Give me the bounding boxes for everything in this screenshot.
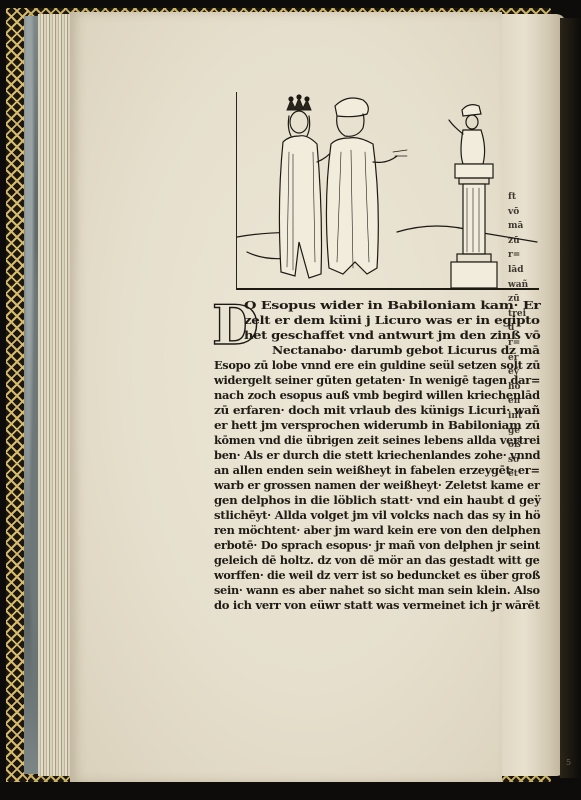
text-line: geleich dē holtz. dz von dē mör an das g… — [214, 553, 540, 567]
text-line: sein· wann es aber nahet so sicht man se… — [214, 583, 540, 597]
text-line: zelt er dem küni j Licuro was er in egip… — [244, 313, 540, 327]
text-line: ren möchtent· aber jm ward kein ere von … — [214, 523, 540, 537]
text-line: do ich verr von eüwr statt was vermeinet… — [214, 598, 540, 612]
text-line: Nectanabo· darumb gebot Licurus dz mā — [272, 343, 540, 357]
aesop-figure — [326, 98, 407, 274]
text-line: an allen enden sein weißheyt in fabelen … — [214, 463, 540, 477]
text-line: kōmen vnd die übrigen zeit seines lebens… — [214, 433, 540, 447]
text-line: worffen· die weil dz verr ist so bedunck… — [214, 568, 540, 582]
woodcut-illustration — [236, 92, 539, 290]
text-line: nach zoch esopus auß vmb begird willen k… — [214, 388, 540, 402]
text-line: widergelt seiner gūten getaten· In wenig… — [214, 373, 540, 387]
text-line: O Esopus wider in Babiloniam kam· Er — [244, 298, 540, 312]
text-line: warb er grossen namen der weißheyt· Zele… — [214, 478, 540, 492]
king-figure — [279, 95, 333, 278]
stacked-page-edges — [38, 14, 72, 776]
text-line: Esopo zū lobe vnnd ere ein guldine seül … — [214, 358, 540, 372]
right-cover-edge — [560, 18, 581, 778]
text-line: zū erfaren· doch mit vrlaub des künigs L… — [214, 403, 540, 417]
text-line: erbotē· Do sprach esopus· jr mañ von del… — [214, 538, 540, 552]
page-mark: 5 — [566, 758, 571, 767]
text-line: stlichēyt· Allda volget jm vil volcks na… — [214, 508, 540, 522]
text-line: er hett jm versprochen widerumb in Babil… — [214, 418, 540, 432]
text-line: het geschaffet vnd antwurt jm den zinß v… — [244, 328, 540, 342]
book-scan: ft vō mā zū r= lād wañ zū trei d r= er e… — [0, 0, 581, 800]
text-line: ben· Als er durch die stett kriechenland… — [214, 448, 540, 462]
text-line: gen delphos in die löblich statt· vnd ei… — [214, 493, 541, 507]
woodcut-drawing — [237, 92, 539, 288]
column-with-statue — [449, 105, 497, 288]
